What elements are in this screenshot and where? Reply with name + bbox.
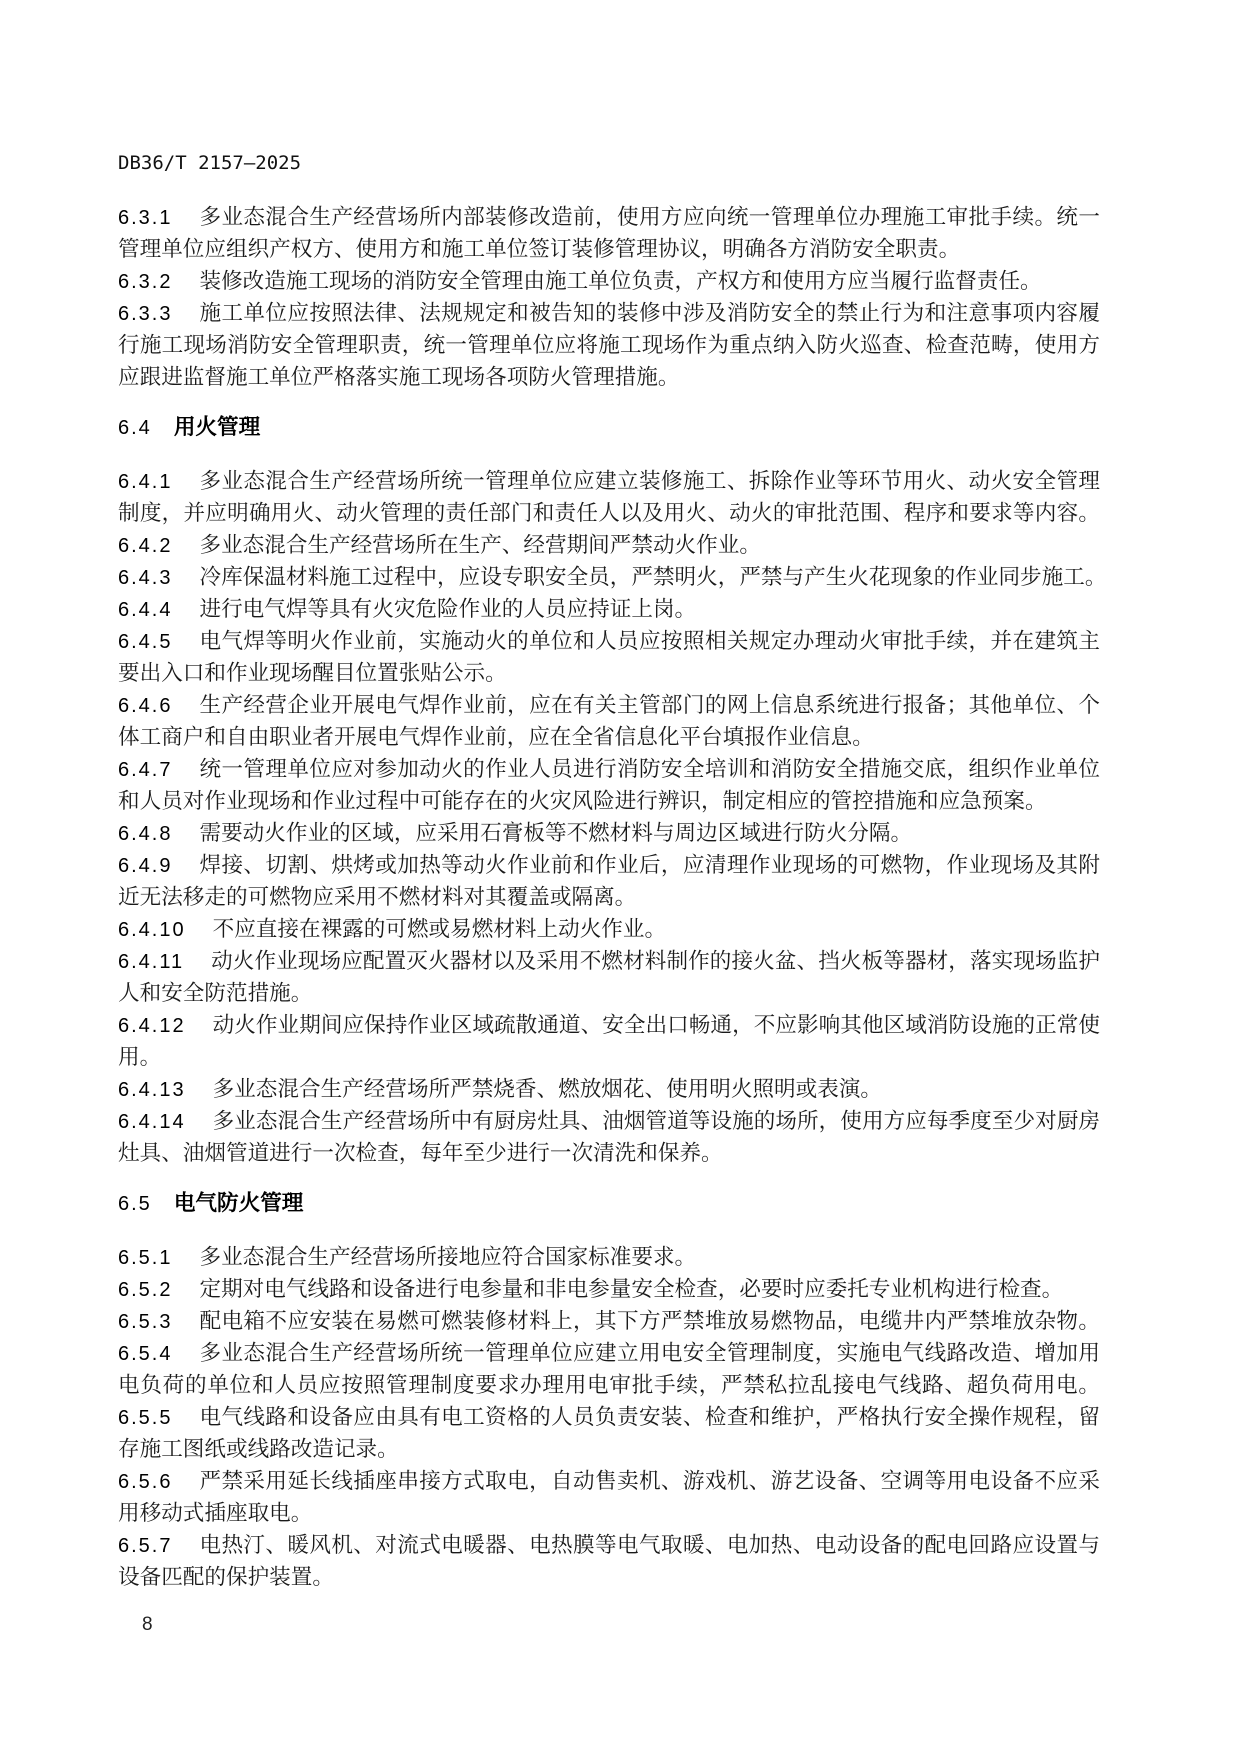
document-code-header: DB36/T 2157—2025 (118, 152, 301, 174)
clause-number: 6.4.8 (118, 818, 172, 850)
clause-line: 近无法移走的可燃物应采用不燃材料对其覆盖或隔离。 (118, 882, 1100, 914)
section-heading-6-5: 6.5 电气防火管理 (118, 1188, 1100, 1220)
clause-text: 存施工图纸或线路改造记录。 (118, 1434, 1100, 1466)
clause-line: 6.5.6 严禁采用延长线插座串接方式取电，自动售卖机、游戏机、游艺设备、空调等… (118, 1466, 1100, 1498)
clause-text: 人和安全防范措施。 (118, 978, 1100, 1010)
clause-text: 多业态混合生产经营场所统一管理单位应建立装修施工、拆除作业等环节用火、动火安全管… (199, 466, 1100, 498)
clause-text: 电负荷的单位和人员应按照管理制度要求办理用电审批手续，严禁私拉乱接电气线路、超负… (118, 1370, 1100, 1402)
clause-number: 6.5.6 (118, 1466, 172, 1498)
clause-number: 6.5.7 (118, 1530, 172, 1562)
section-title: 用火管理 (174, 412, 260, 444)
clause-line: 6.5.7 电热汀、暖风机、对流式电暖器、电热膜等电气取暖、电加热、电动设备的配… (118, 1530, 1100, 1562)
clause-line: 6.4.4 进行电气焊等具有火灾危险作业的人员应持证上岗。 (118, 594, 1100, 626)
clause-number: 6.3.3 (118, 298, 172, 330)
page-number: 8 (142, 1614, 153, 1636)
clause-number: 6.4.9 (118, 850, 172, 882)
clause-line: 灶具、油烟管道进行一次检查，每年至少进行一次清洗和保养。 (118, 1138, 1100, 1170)
clause-6-4-4: 6.4.4 进行电气焊等具有火灾危险作业的人员应持证上岗。 (118, 594, 1100, 626)
clause-6-3-1: 6.3.1 多业态混合生产经营场所内部装修改造前，使用方应向统一管理单位办理施工… (118, 202, 1100, 266)
clause-6-5-3: 6.5.3 配电箱不应安装在易燃可燃装修材料上，其下方严禁堆放易燃物品，电缆井内… (118, 1306, 1100, 1338)
clause-number: 6.4.4 (118, 594, 172, 626)
clause-6-4-10: 6.4.10 不应直接在裸露的可燃或易燃材料上动火作业。 (118, 914, 1100, 946)
clause-6-4-8: 6.4.8 需要动火作业的区域，应采用石膏板等不燃材料与周边区域进行防火分隔。 (118, 818, 1100, 850)
clause-text: 统一管理单位应对参加动火的作业人员进行消防安全培训和消防安全措施交底，组织作业单… (199, 754, 1100, 786)
clause-text: 多业态混合生产经营场所中有厨房灶具、油烟管道等设施的场所，使用方应每季度至少对厨… (213, 1106, 1100, 1138)
clause-line: 人和安全防范措施。 (118, 978, 1100, 1010)
clause-number: 6.5.4 (118, 1338, 172, 1370)
clause-text: 要出入口和作业现场醒目位置张贴公示。 (118, 658, 1100, 690)
clause-text: 多业态混合生产经营场所统一管理单位应建立用电安全管理制度，实施电气线路改造、增加… (199, 1338, 1100, 1370)
clause-text: 装修改造施工现场的消防安全管理由施工单位负责，产权方和使用方应当履行监督责任。 (199, 266, 1100, 298)
clause-number: 6.5.5 (118, 1402, 172, 1434)
clause-text: 近无法移走的可燃物应采用不燃材料对其覆盖或隔离。 (118, 882, 1100, 914)
clause-line: 行施工现场消防安全管理职责，统一管理单位应将施工现场作为重点纳入防火巡查、检查范… (118, 330, 1100, 362)
clause-6-4-9: 6.4.9 焊接、切割、烘烤或加热等动火作业前和作业后，应清理作业现场的可燃物，… (118, 850, 1100, 914)
section-number: 6.4 (118, 412, 152, 444)
clause-line: 和人员对作业现场和作业过程中可能存在的火灾风险进行辨识，制定相应的管控措施和应急… (118, 786, 1100, 818)
clause-number: 6.5.3 (118, 1306, 172, 1338)
clause-6-5-4: 6.5.4 多业态混合生产经营场所统一管理单位应建立用电安全管理制度，实施电气线… (118, 1338, 1100, 1402)
clause-6-5-2: 6.5.2 定期对电气线路和设备进行电参量和非电参量安全检查，必要时应委托专业机… (118, 1274, 1100, 1306)
clause-text: 配电箱不应安装在易燃可燃装修材料上，其下方严禁堆放易燃物品，电缆井内严禁堆放杂物… (199, 1306, 1100, 1338)
clause-line: 要出入口和作业现场醒目位置张贴公示。 (118, 658, 1100, 690)
clause-line: 6.3.3 施工单位应按照法律、法规规定和被告知的装修中涉及消防安全的禁止行为和… (118, 298, 1100, 330)
clause-6-4-2: 6.4.2 多业态混合生产经营场所在生产、经营期间严禁动火作业。 (118, 530, 1100, 562)
clause-text: 和人员对作业现场和作业过程中可能存在的火灾风险进行辨识，制定相应的管控措施和应急… (118, 786, 1100, 818)
clause-number: 6.4.12 (118, 1010, 186, 1042)
clause-line: 用移动式插座取电。 (118, 1498, 1100, 1530)
clause-number: 6.4.1 (118, 466, 172, 498)
section-title: 电气防火管理 (174, 1188, 304, 1220)
clause-text: 应跟进监督施工单位严格落实施工现场各项防火管理措施。 (118, 362, 1100, 394)
clause-number: 6.4.2 (118, 530, 172, 562)
clause-line: 6.4.7 统一管理单位应对参加动火的作业人员进行消防安全培训和消防安全措施交底… (118, 754, 1100, 786)
clause-text: 灶具、油烟管道进行一次检查，每年至少进行一次清洗和保养。 (118, 1138, 1100, 1170)
clause-text: 行施工现场消防安全管理职责，统一管理单位应将施工现场作为重点纳入防火巡查、检查范… (118, 330, 1100, 362)
clause-text: 体工商户和自由职业者开展电气焊作业前，应在全省信息化平台填报作业信息。 (118, 722, 1100, 754)
clause-line: 6.5.5 电气线路和设备应由具有电工资格的人员负责安装、检查和维护，严格执行安… (118, 1402, 1100, 1434)
clause-text: 电气线路和设备应由具有电工资格的人员负责安装、检查和维护，严格执行安全操作规程，… (199, 1402, 1100, 1434)
clause-6-4-5: 6.4.5 电气焊等明火作业前，实施动火的单位和人员应按照相关规定办理动火审批手… (118, 626, 1100, 690)
clause-6-5-6: 6.5.6 严禁采用延长线插座串接方式取电，自动售卖机、游戏机、游艺设备、空调等… (118, 1466, 1100, 1530)
clause-line: 6.4.8 需要动火作业的区域，应采用石膏板等不燃材料与周边区域进行防火分隔。 (118, 818, 1100, 850)
clause-text: 不应直接在裸露的可燃或易燃材料上动火作业。 (213, 914, 1100, 946)
clause-6-5-1: 6.5.1 多业态混合生产经营场所接地应符合国家标准要求。 (118, 1242, 1100, 1274)
clause-6-4-14: 6.4.14 多业态混合生产经营场所中有厨房灶具、油烟管道等设施的场所，使用方应… (118, 1106, 1100, 1170)
clause-number: 6.3.2 (118, 266, 172, 298)
clause-number: 6.4.11 (118, 946, 184, 978)
clause-line: 存施工图纸或线路改造记录。 (118, 1434, 1100, 1466)
clause-6-4-6: 6.4.6 生产经营企业开展电气焊作业前，应在有关主管部门的网上信息系统进行报备… (118, 690, 1100, 754)
clause-number: 6.4.5 (118, 626, 172, 658)
clause-line: 6.4.3 冷库保温材料施工过程中，应设专职安全员，严禁明火，严禁与产生火花现象… (118, 562, 1100, 594)
clause-6-5-7: 6.5.7 电热汀、暖风机、对流式电暖器、电热膜等电气取暖、电加热、电动设备的配… (118, 1530, 1100, 1594)
clause-text: 用移动式插座取电。 (118, 1498, 1100, 1530)
clause-line: 6.5.3 配电箱不应安装在易燃可燃装修材料上，其下方严禁堆放易燃物品，电缆井内… (118, 1306, 1100, 1338)
clause-number: 6.4.6 (118, 690, 172, 722)
clause-line: 6.5.2 定期对电气线路和设备进行电参量和非电参量安全检查，必要时应委托专业机… (118, 1274, 1100, 1306)
clause-6-4-7: 6.4.7 统一管理单位应对参加动火的作业人员进行消防安全培训和消防安全措施交底… (118, 754, 1100, 818)
clause-text: 多业态混合生产经营场所严禁烧香、燃放烟花、使用明火照明或表演。 (213, 1074, 1100, 1106)
clause-6-4-1: 6.4.1 多业态混合生产经营场所统一管理单位应建立装修施工、拆除作业等环节用火… (118, 466, 1100, 530)
clause-6-4-13: 6.4.13 多业态混合生产经营场所严禁烧香、燃放烟花、使用明火照明或表演。 (118, 1074, 1100, 1106)
clause-line: 6.4.10 不应直接在裸露的可燃或易燃材料上动火作业。 (118, 914, 1100, 946)
clause-text: 管理单位应组织产权方、使用方和施工单位签订装修管理协议，明确各方消防安全职责。 (118, 234, 1100, 266)
section-heading-6-4: 6.4 用火管理 (118, 412, 1100, 444)
clause-line: 6.4.5 电气焊等明火作业前，实施动火的单位和人员应按照相关规定办理动火审批手… (118, 626, 1100, 658)
clause-6-4-12: 6.4.12 动火作业期间应保持作业区域疏散通道、安全出口畅通，不应影响其他区域… (118, 1010, 1100, 1074)
clause-number: 6.4.14 (118, 1106, 186, 1138)
clause-line: 6.4.9 焊接、切割、烘烤或加热等动火作业前和作业后，应清理作业现场的可燃物，… (118, 850, 1100, 882)
clause-text: 设备匹配的保护装置。 (118, 1562, 1100, 1594)
clause-text: 动火作业现场应配置灭火器材以及采用不燃材料制作的接火盆、挡火板等器材，落实现场监… (211, 946, 1100, 978)
clause-text: 需要动火作业的区域，应采用石膏板等不燃材料与周边区域进行防火分隔。 (199, 818, 1100, 850)
clause-text: 多业态混合生产经营场所接地应符合国家标准要求。 (199, 1242, 1100, 1274)
clause-line: 用。 (118, 1042, 1100, 1074)
clause-number: 6.5.2 (118, 1274, 172, 1306)
clause-number: 6.4.10 (118, 914, 186, 946)
clause-text: 多业态混合生产经营场所在生产、经营期间严禁动火作业。 (199, 530, 1100, 562)
clause-line: 设备匹配的保护装置。 (118, 1562, 1100, 1594)
clause-text: 电热汀、暖风机、对流式电暖器、电热膜等电气取暖、电加热、电动设备的配电回路应设置… (199, 1530, 1100, 1562)
clause-line: 6.5.4 多业态混合生产经营场所统一管理单位应建立用电安全管理制度，实施电气线… (118, 1338, 1100, 1370)
clause-number: 6.3.1 (118, 202, 172, 234)
clause-line: 6.4.2 多业态混合生产经营场所在生产、经营期间严禁动火作业。 (118, 530, 1100, 562)
clause-number: 6.4.3 (118, 562, 172, 594)
clause-6-4-3: 6.4.3 冷库保温材料施工过程中，应设专职安全员，严禁明火，严禁与产生火花现象… (118, 562, 1100, 594)
clause-line: 6.4.14 多业态混合生产经营场所中有厨房灶具、油烟管道等设施的场所，使用方应… (118, 1106, 1100, 1138)
clause-6-3-3: 6.3.3 施工单位应按照法律、法规规定和被告知的装修中涉及消防安全的禁止行为和… (118, 298, 1100, 394)
clause-line: 6.5.1 多业态混合生产经营场所接地应符合国家标准要求。 (118, 1242, 1100, 1274)
clause-text: 严禁采用延长线插座串接方式取电，自动售卖机、游戏机、游艺设备、空调等用电设备不应… (199, 1466, 1100, 1498)
clause-text: 用。 (118, 1042, 1100, 1074)
clause-number: 6.4.13 (118, 1074, 186, 1106)
clause-number: 6.5.1 (118, 1242, 172, 1274)
clause-text: 生产经营企业开展电气焊作业前，应在有关主管部门的网上信息系统进行报备；其他单位、… (199, 690, 1100, 722)
clause-6-5-5: 6.5.5 电气线路和设备应由具有电工资格的人员负责安装、检查和维护，严格执行安… (118, 1402, 1100, 1466)
clause-line: 6.4.6 生产经营企业开展电气焊作业前，应在有关主管部门的网上信息系统进行报备… (118, 690, 1100, 722)
clause-line: 6.4.13 多业态混合生产经营场所严禁烧香、燃放烟花、使用明火照明或表演。 (118, 1074, 1100, 1106)
clause-line: 体工商户和自由职业者开展电气焊作业前，应在全省信息化平台填报作业信息。 (118, 722, 1100, 754)
clause-6-4-11: 6.4.11 动火作业现场应配置灭火器材以及采用不燃材料制作的接火盆、挡火板等器… (118, 946, 1100, 1010)
clause-line: 制度，并应明确用火、动火管理的责任部门和责任人以及用火、动火的审批范围、程序和要… (118, 498, 1100, 530)
clause-text: 定期对电气线路和设备进行电参量和非电参量安全检查，必要时应委托专业机构进行检查。 (199, 1274, 1100, 1306)
clause-text: 施工单位应按照法律、法规规定和被告知的装修中涉及消防安全的禁止行为和注意事项内容… (199, 298, 1100, 330)
clause-line: 电负荷的单位和人员应按照管理制度要求办理用电审批手续，严禁私拉乱接电气线路、超负… (118, 1370, 1100, 1402)
clause-text: 多业态混合生产经营场所内部装修改造前，使用方应向统一管理单位办理施工审批手续。统… (199, 202, 1100, 234)
clause-line: 6.4.1 多业态混合生产经营场所统一管理单位应建立装修施工、拆除作业等环节用火… (118, 466, 1100, 498)
clause-text: 动火作业期间应保持作业区域疏散通道、安全出口畅通，不应影响其他区域消防设施的正常… (213, 1010, 1100, 1042)
clause-line: 管理单位应组织产权方、使用方和施工单位签订装修管理协议，明确各方消防安全职责。 (118, 234, 1100, 266)
clause-text: 焊接、切割、烘烤或加热等动火作业前和作业后，应清理作业现场的可燃物，作业现场及其… (199, 850, 1100, 882)
clause-number: 6.4.7 (118, 754, 172, 786)
clause-line: 应跟进监督施工单位严格落实施工现场各项防火管理措施。 (118, 362, 1100, 394)
clause-text: 电气焊等明火作业前，实施动火的单位和人员应按照相关规定办理动火审批手续，并在建筑… (199, 626, 1100, 658)
section-number: 6.5 (118, 1188, 152, 1220)
clause-text: 进行电气焊等具有火灾危险作业的人员应持证上岗。 (199, 594, 1100, 626)
clause-text: 制度，并应明确用火、动火管理的责任部门和责任人以及用火、动火的审批范围、程序和要… (118, 498, 1100, 530)
clause-6-3-2: 6.3.2 装修改造施工现场的消防安全管理由施工单位负责，产权方和使用方应当履行… (118, 266, 1100, 298)
clause-text: 冷库保温材料施工过程中，应设专职安全员，严禁明火，严禁与产生火花现象的作业同步施… (199, 562, 1100, 594)
document-body: 6.3.1 多业态混合生产经营场所内部装修改造前，使用方应向统一管理单位办理施工… (118, 202, 1100, 1594)
clause-line: 6.4.12 动火作业期间应保持作业区域疏散通道、安全出口畅通，不应影响其他区域… (118, 1010, 1100, 1042)
clause-line: 6.3.1 多业态混合生产经营场所内部装修改造前，使用方应向统一管理单位办理施工… (118, 202, 1100, 234)
clause-line: 6.4.11 动火作业现场应配置灭火器材以及采用不燃材料制作的接火盆、挡火板等器… (118, 946, 1100, 978)
clause-line: 6.3.2 装修改造施工现场的消防安全管理由施工单位负责，产权方和使用方应当履行… (118, 266, 1100, 298)
